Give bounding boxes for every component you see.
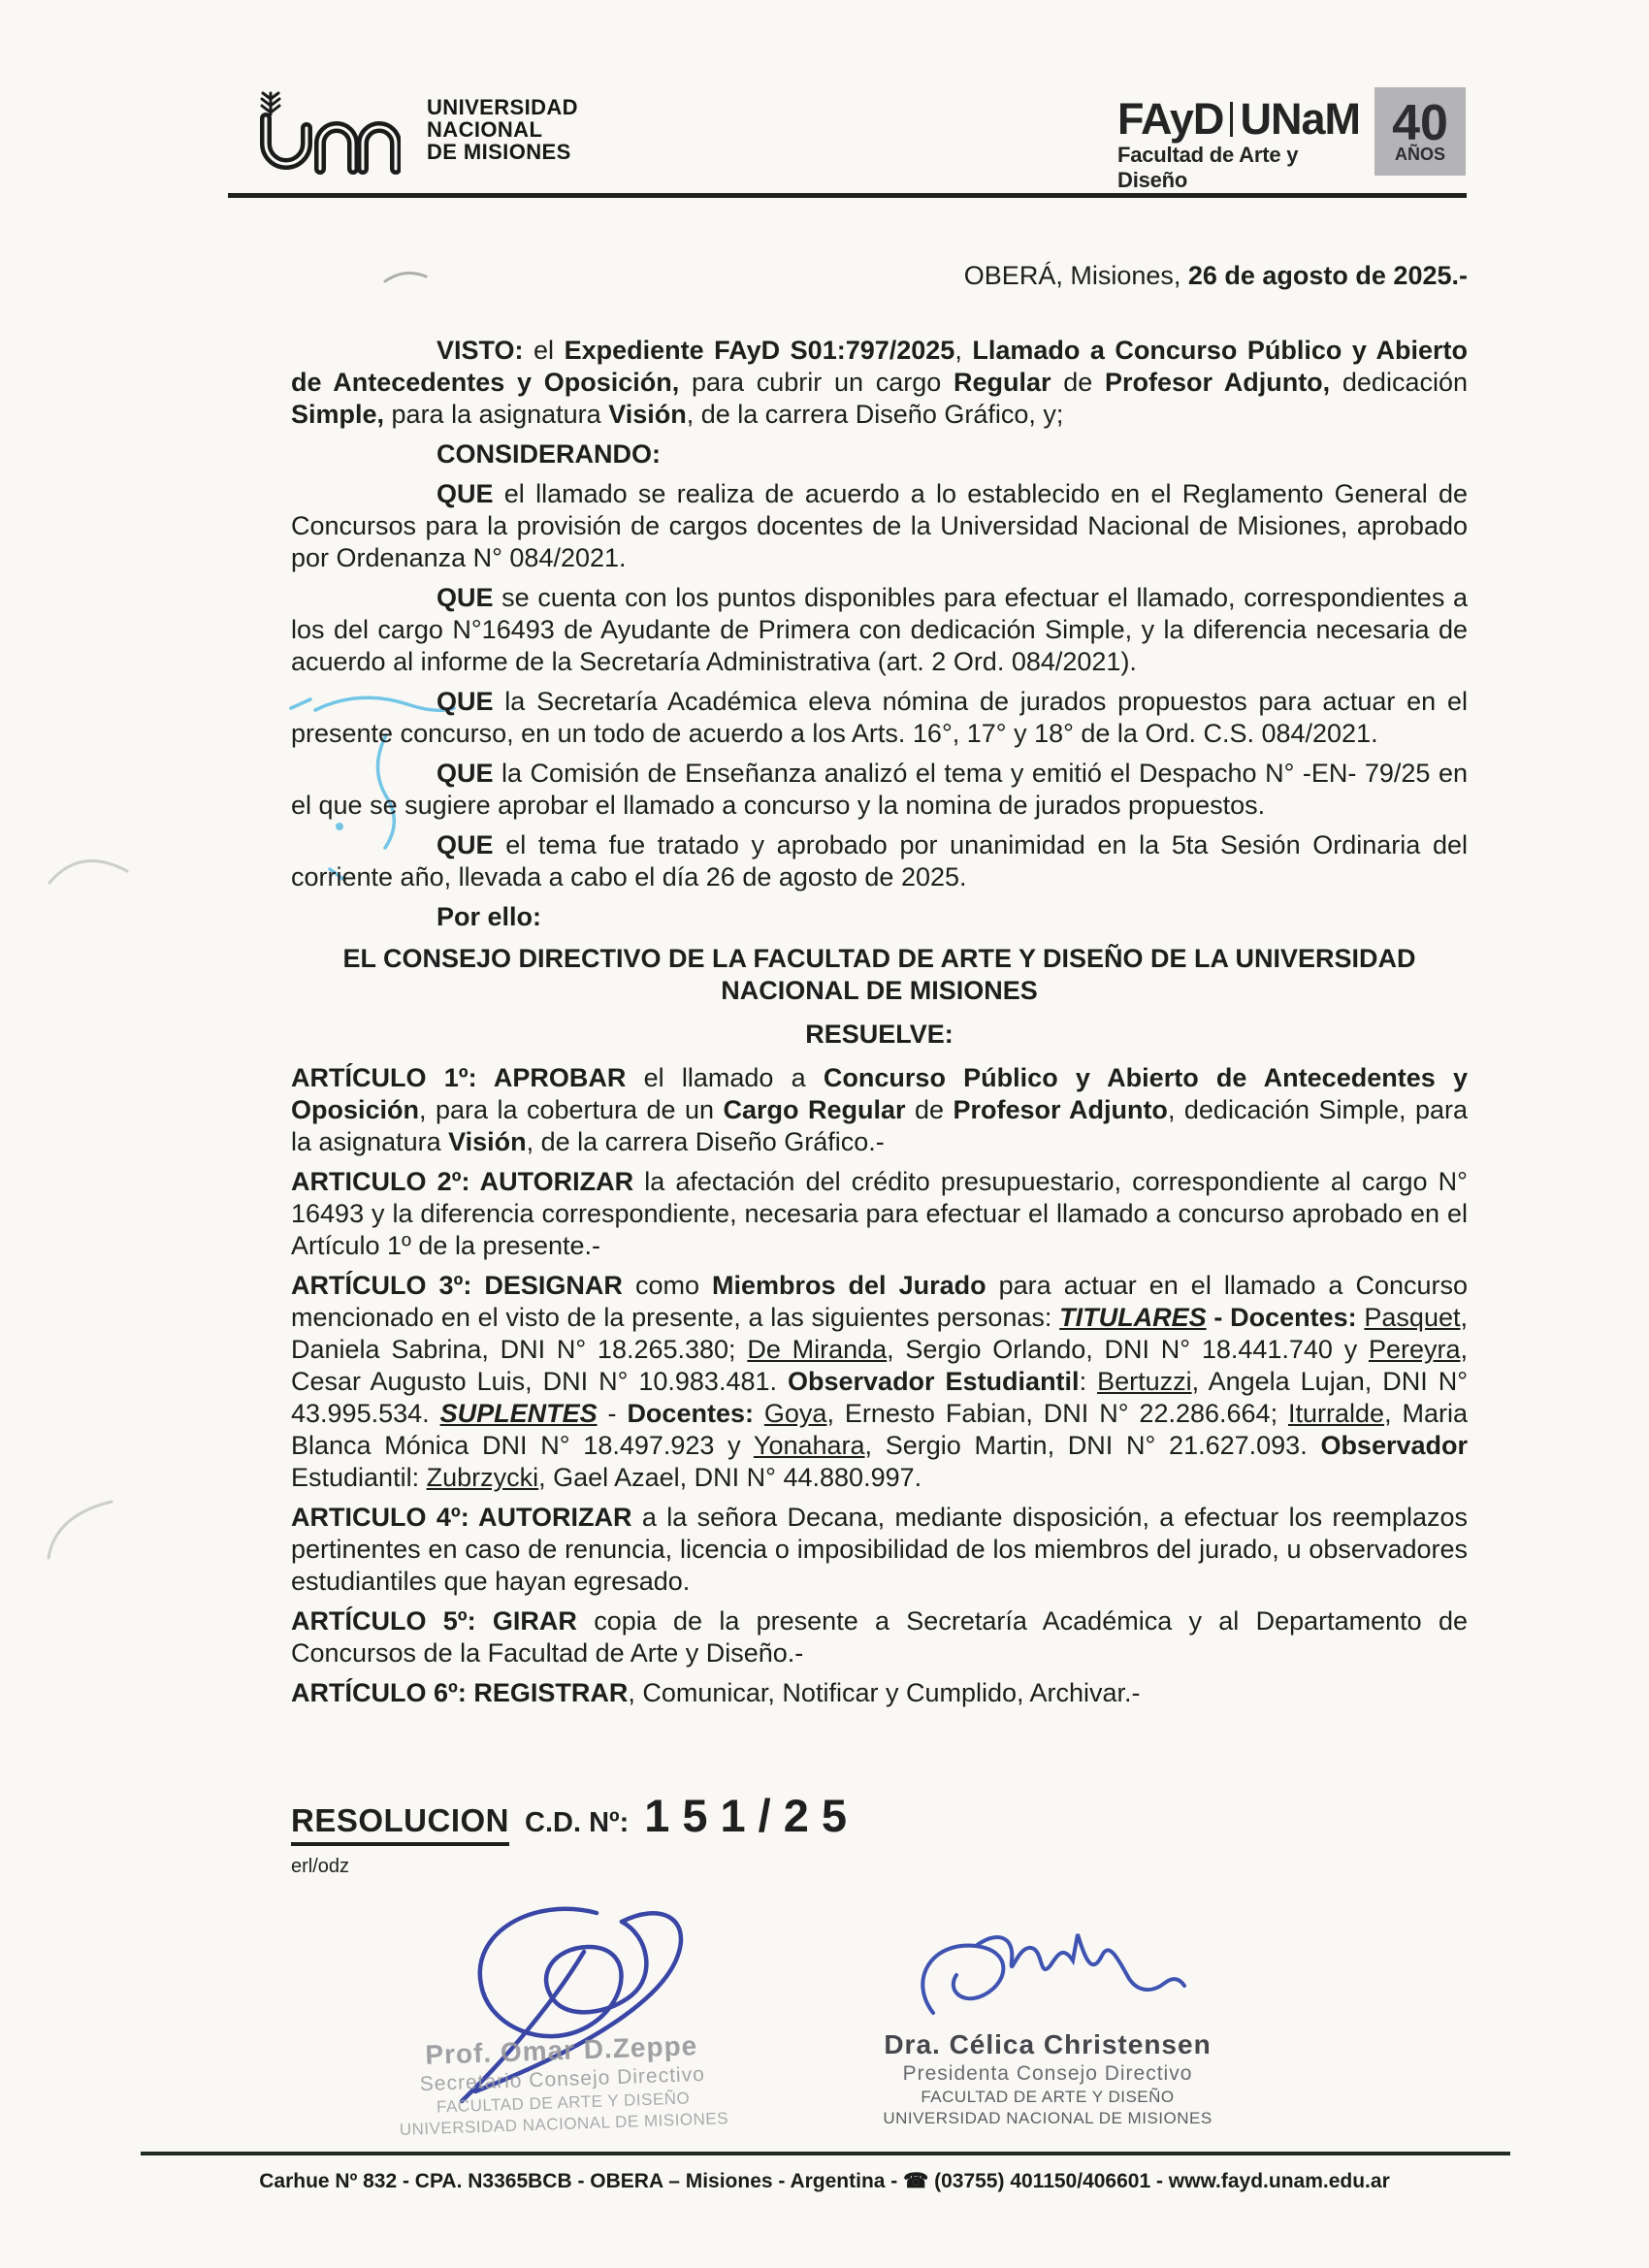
university-name-line2: NACIONAL [427, 118, 578, 141]
university-name-line3: DE MISIONES [427, 141, 578, 163]
document-body: OBERÁ, Misiones, 26 de agosto de 2025.-V… [291, 260, 1468, 1878]
scan-artifact-arc [39, 1494, 121, 1567]
president-org-university: UNIVERSIDAD NACIONAL DE MISIONES [863, 2109, 1232, 2128]
resolution-initials: erl/odz [291, 1856, 1468, 1878]
que-3: QUE la Secretaría Académica eleva nómina… [291, 686, 1468, 750]
badge-label: AÑOS [1395, 146, 1445, 163]
header-rule [228, 193, 1467, 198]
issuing-body-heading: EL CONSEJO DIRECTIVO DE LA FACULTAD DE A… [291, 943, 1468, 1007]
unam-logo [241, 89, 401, 175]
que-2: QUE se cuenta con los puntos disponibles… [291, 582, 1468, 678]
article-3: ARTÍCULO 3º: DESIGNAR como Miembros del … [291, 1270, 1468, 1494]
article-4: ARTICULO 4º: AUTORIZAR a la señora Decan… [291, 1502, 1468, 1598]
president-org-faculty: FACULTAD DE ARTE Y DISEÑO [863, 2088, 1232, 2107]
university-name-line1: UNIVERSIDAD [427, 96, 578, 118]
anniversary-badge: 40 AÑOS [1374, 87, 1466, 176]
article-5: ARTÍCULO 5º: GIRAR copia de la presente … [291, 1605, 1468, 1669]
resolution-number: 151/25 [644, 1789, 859, 1842]
resolution-line: RESOLUCION C.D. Nº: 151/25 [291, 1789, 1468, 1846]
brand-divider [1230, 102, 1233, 137]
que-5: QUE el tema fue tratado y aprobado por u… [291, 829, 1468, 893]
badge-number: 40 [1392, 101, 1448, 146]
scanned-resolution-page: { "header": { "university_lines": ["UNIV… [0, 0, 1649, 2268]
considerando-heading: CONSIDERANDO: [291, 438, 1468, 470]
stamp-president: Dra. Célica Christensen Presidenta Conse… [863, 2029, 1232, 2128]
date-line: OBERÁ, Misiones, 26 de agosto de 2025.- [291, 260, 1468, 292]
footer-address: Carhue Nº 832 - CPA. N3365BCB - OBERA – … [0, 2169, 1649, 2193]
resuelve-heading: RESUELVE: [291, 1019, 1468, 1051]
signature-right [902, 1926, 1208, 2040]
university-name: UNIVERSIDAD NACIONAL DE MISIONES [427, 96, 578, 163]
article-2: ARTICULO 2º: AUTORIZAR la afectación del… [291, 1166, 1468, 1262]
resolution-label: RESOLUCION [291, 1802, 509, 1846]
president-name: Dra. Célica Christensen [863, 2029, 1232, 2060]
faculty-subtitle: Facultad de Arte y Diseño [1117, 143, 1360, 193]
faculty-brand: FAyD UNaM Facultad de Arte y Diseño [1117, 97, 1360, 193]
article-6: ARTÍCULO 6º: REGISTRAR, Comunicar, Notif… [291, 1677, 1468, 1709]
brand-fayd: FAyD [1117, 97, 1223, 141]
article-1: ARTÍCULO 1º: APROBAR el llamado a Concur… [291, 1062, 1468, 1158]
visto-paragraph: VISTO: el Expediente FAyD S01:797/2025, … [291, 335, 1468, 431]
resolution-cd-number-label: C.D. Nº: [525, 1807, 629, 1839]
brand-unam: UNaM [1240, 97, 1360, 141]
president-role: Presidenta Consejo Directivo [863, 2062, 1232, 2086]
por-ello: Por ello: [291, 901, 1468, 933]
footer-rule [141, 2152, 1510, 2155]
stamp-secretary: Prof. Omar D.Zeppe Secretario Consejo Di… [347, 2027, 777, 2141]
que-1: QUE el llamado se realiza de acuerdo a l… [291, 478, 1468, 574]
que-4: QUE la Comisión de Enseñanza analizó el … [291, 758, 1468, 822]
scan-artifact-arc [44, 839, 136, 907]
